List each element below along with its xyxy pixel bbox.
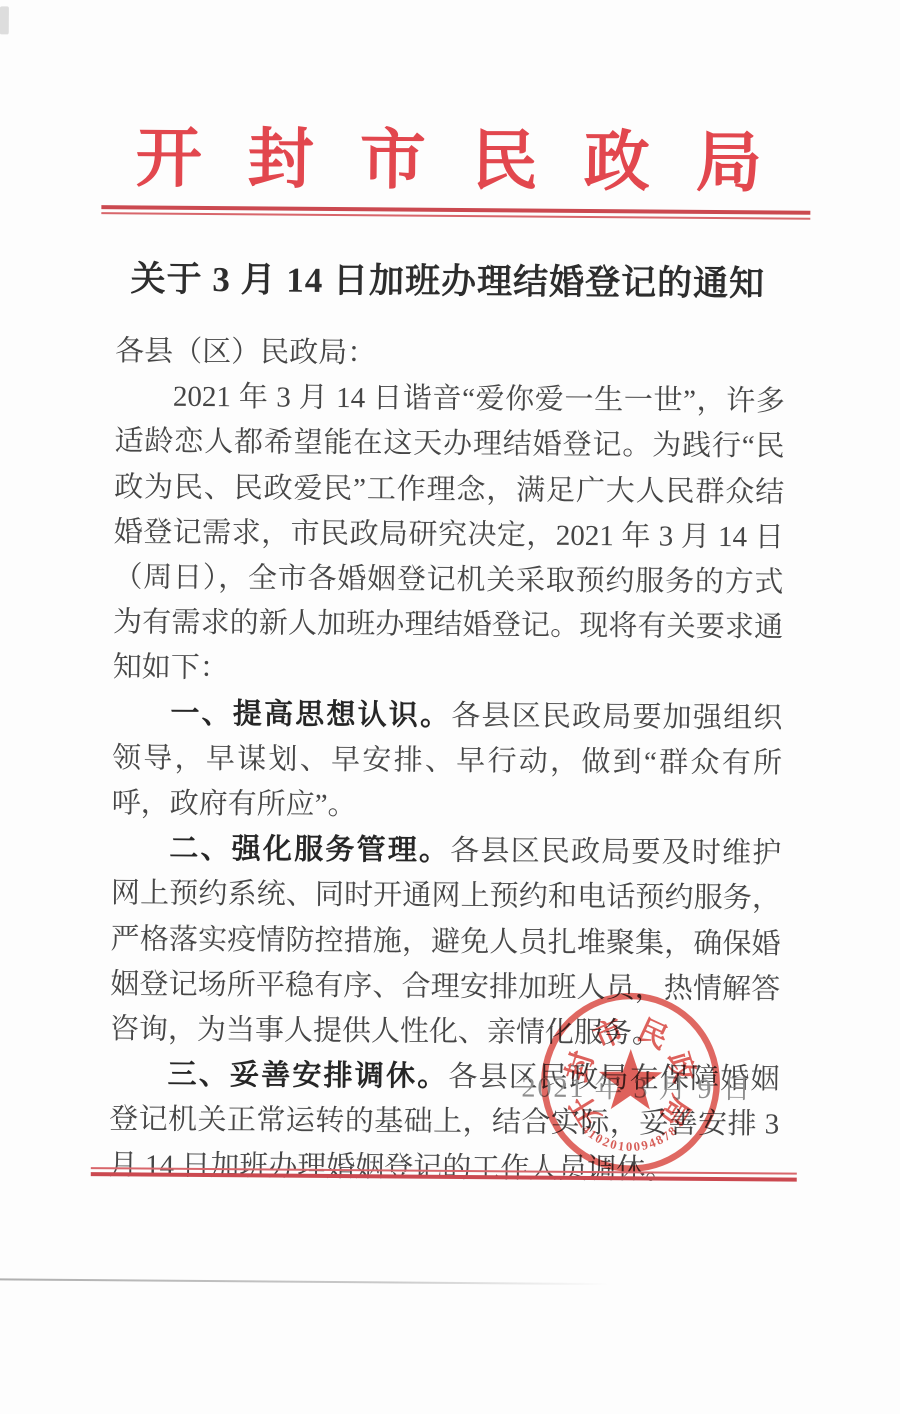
section-paragraph-1: 一、提高思想认识。各县区民政局要加强组织领导，早谋划、早安排、早行动，做到“群众…	[112, 691, 783, 832]
intro-paragraph: 2021 年 3 月 14 日谐音“爱你爱一生一世”，许多适龄恋人都希望能在这天…	[113, 374, 785, 696]
document-title: 关于 3 月 14 日加班办理结婚登记的通知	[0, 250, 898, 307]
header-separator-rule	[101, 205, 810, 220]
seal-char-6: 局	[653, 1089, 696, 1131]
salutation: 各县（区）民政局：	[115, 329, 785, 379]
seal-char-3: 市	[589, 1013, 629, 1055]
seal-char-1: 开	[564, 1088, 608, 1131]
scanned-document-page: 开封市民政局 关于 3 月 14 日加班办理结婚登记的通知 各县（区）民政局： …	[0, 0, 900, 1414]
section-lead-1: 一、提高思想认识。	[170, 697, 451, 731]
official-seal: 开 封 市 民 政 局 4102010094878	[532, 984, 730, 1182]
section-lead-3: 三、妥善安排调休。	[167, 1059, 448, 1093]
seal-char-2: 封	[560, 1047, 600, 1086]
agency-header: 开封市民政局	[0, 103, 899, 205]
seal-char-4: 民	[632, 1013, 673, 1055]
seal-char-5: 政	[661, 1049, 701, 1087]
scan-edge-artifact	[0, 6, 9, 34]
scan-fold-line	[0, 1278, 608, 1285]
seal-code-text: 4102010094878	[579, 1122, 681, 1154]
seal-star-icon	[599, 1049, 663, 1110]
section-lead-2: 二、强化服务管理。	[169, 833, 450, 867]
seal-code: 4102010094878	[579, 1122, 681, 1154]
